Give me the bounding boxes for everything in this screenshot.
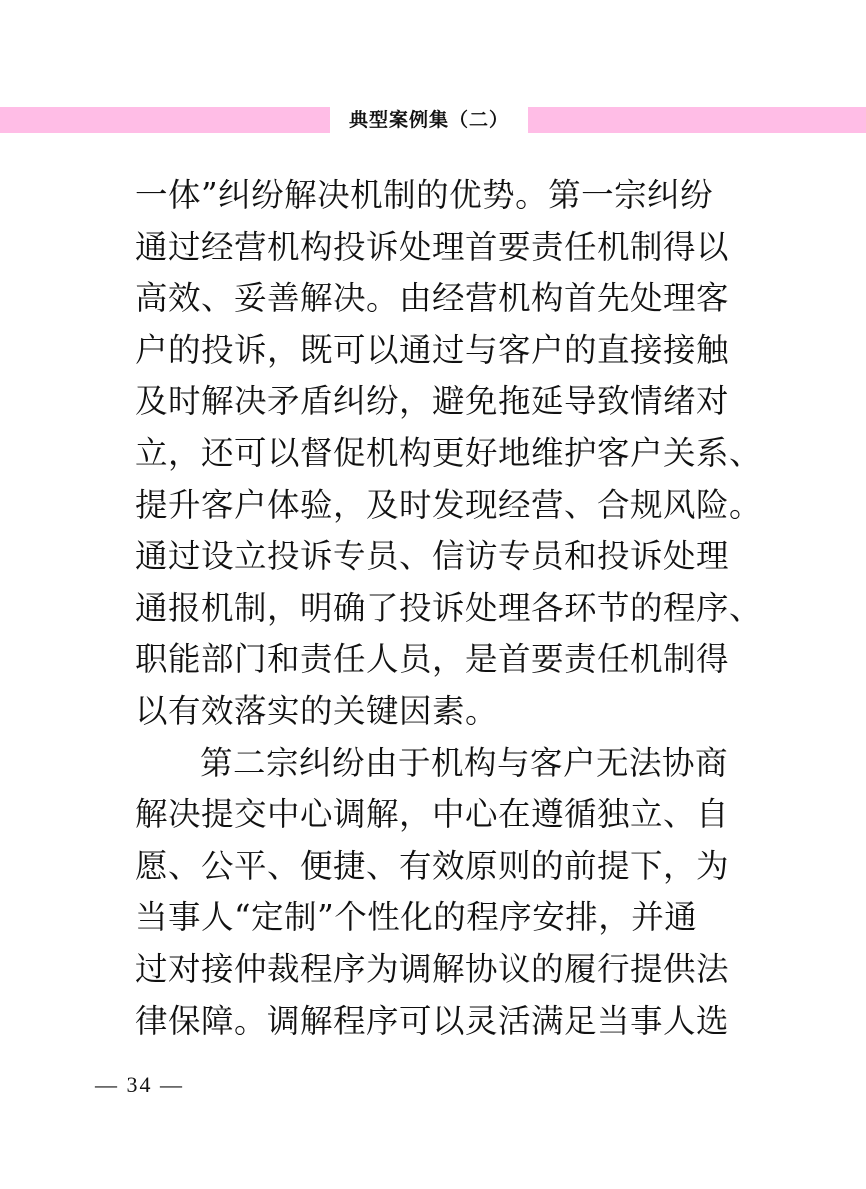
body-text: 一体”纠纷解决机制的优势。第一宗纠纷 通过经营机构投诉处理首要责任机制得以 高效… bbox=[135, 170, 735, 1047]
text-line: 过对接仲裁程序为调解协议的履行提供法 bbox=[135, 944, 735, 996]
text-line: 以有效落实的关键因素。 bbox=[135, 686, 735, 738]
text-line: 职能部门和责任人员，是首要责任机制得 bbox=[135, 634, 735, 686]
text-line: 高效、妥善解决。由经营机构首先处理客 bbox=[135, 273, 735, 325]
text-line: 当事人“定制”个性化的程序安排，并通 bbox=[135, 892, 735, 944]
header-bar-right bbox=[528, 107, 866, 133]
text-line: 提升客户体验，及时发现经营、合规风险。 bbox=[135, 480, 735, 532]
page-number: — 34 — bbox=[95, 1072, 184, 1098]
text-line: 通过设立投诉专员、信访专员和投诉处理 bbox=[135, 531, 735, 583]
text-line: 一体”纠纷解决机制的优势。第一宗纠纷 bbox=[135, 170, 735, 222]
header-bar-left bbox=[0, 107, 330, 133]
text-line: 律保障。调解程序可以灵活满足当事人选 bbox=[135, 996, 735, 1048]
text-line: 通报机制，明确了投诉处理各环节的程序、 bbox=[135, 583, 735, 635]
text-line: 及时解决矛盾纠纷，避免拖延导致情绪对 bbox=[135, 376, 735, 428]
text-line: 立，还可以督促机构更好地维护客户关系、 bbox=[135, 428, 735, 480]
text-line: 户的投诉，既可以通过与客户的直接接触 bbox=[135, 325, 735, 377]
text-line: 愿、公平、便捷、有效原则的前提下，为 bbox=[135, 841, 735, 893]
running-header-title: 典型案例集（二） bbox=[330, 107, 528, 133]
text-line: 通过经营机构投诉处理首要责任机制得以 bbox=[135, 222, 735, 274]
text-line: 解决提交中心调解，中心在遵循独立、自 bbox=[135, 789, 735, 841]
paragraph-start-line: 第二宗纠纷由于机构与客户无法协商 bbox=[135, 738, 735, 790]
